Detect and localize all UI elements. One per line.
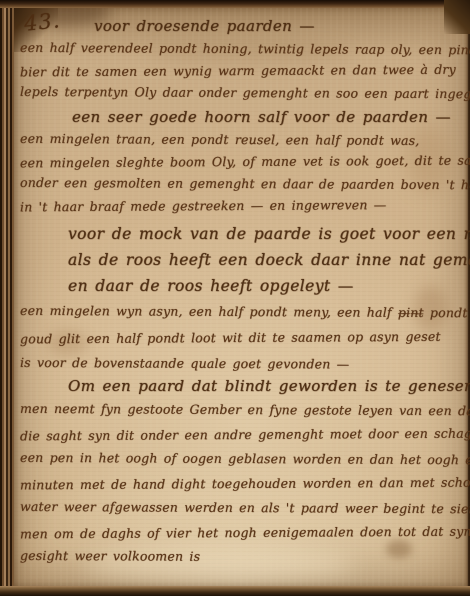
manuscript-line: minuten met de hand dight toegehouden wo… — [20, 470, 464, 497]
manuscript-line: gesight weer volkoomen is — [20, 544, 464, 571]
manuscript-line: een mingelen wyn asyn, een half pondt me… — [20, 298, 464, 326]
recipe-heading: als de roos heeft een doeck daar inne na… — [68, 247, 464, 273]
manuscript-line: lepels terpentyn Oly daar onder gemenght… — [20, 81, 464, 105]
recipe-heading: een seer goede hoorn salf voor de paarde… — [72, 106, 464, 129]
manuscript-line: die saght syn dit onder een andre gemeng… — [20, 421, 464, 448]
manuscript-line: een mingelen traan, een pondt reusel, ee… — [20, 128, 464, 152]
manuscript-line: men om de daghs of vier het nogh eenigem… — [20, 519, 464, 546]
recipe-heading: voor de mock van de paarde is goet voor … — [68, 221, 464, 247]
manuscript-line: onder een gesmolten en gemenght en daar … — [20, 172, 464, 196]
manuscript-line: in 't haar braaf mede gestreeken — en in… — [20, 194, 464, 219]
manuscript-line: een pen in het oogh of oogen geblasen wo… — [20, 446, 464, 473]
recipe-section-mock: voor de mock van de paarde is goet voor … — [20, 221, 464, 377]
manuscript-line: men neemt fyn gestoote Gember en fyne ge… — [20, 397, 464, 424]
recipe-section-blind-paard: Om een paard dat blindt geworden is te g… — [20, 375, 464, 570]
manuscript-line: goud glit een half pondt loot wit dit te… — [20, 324, 464, 353]
recipe-heading: voor droesende paarden — — [94, 15, 464, 38]
recipe-heading: Om een paard dat blindt geworden is te g… — [68, 375, 464, 398]
manuscript-content: 43. voor droesende paarden — een half ve… — [0, 0, 470, 596]
manuscript-line: een half veerendeel pondt honing, twinti… — [20, 37, 464, 61]
manuscript-line: is voor de bovenstaande quale goet gevon… — [20, 350, 464, 378]
recipe-section-hoorn-salf: een seer goede hoorn salf voor de paarde… — [20, 106, 464, 217]
recipe-section-droesende-paarden: voor droesende paarden — een half veeren… — [20, 15, 464, 104]
recipe-heading: en daar de roos heeft opgeleyt — — [68, 273, 464, 299]
manuscript-line: een mingelen sleghte boom Oly, of mane v… — [20, 150, 464, 175]
manuscript-line: bier dit te samen een wynig warm gemaack… — [20, 59, 464, 84]
manuscript-line: water weer afgewassen werden en als 't p… — [20, 495, 464, 522]
